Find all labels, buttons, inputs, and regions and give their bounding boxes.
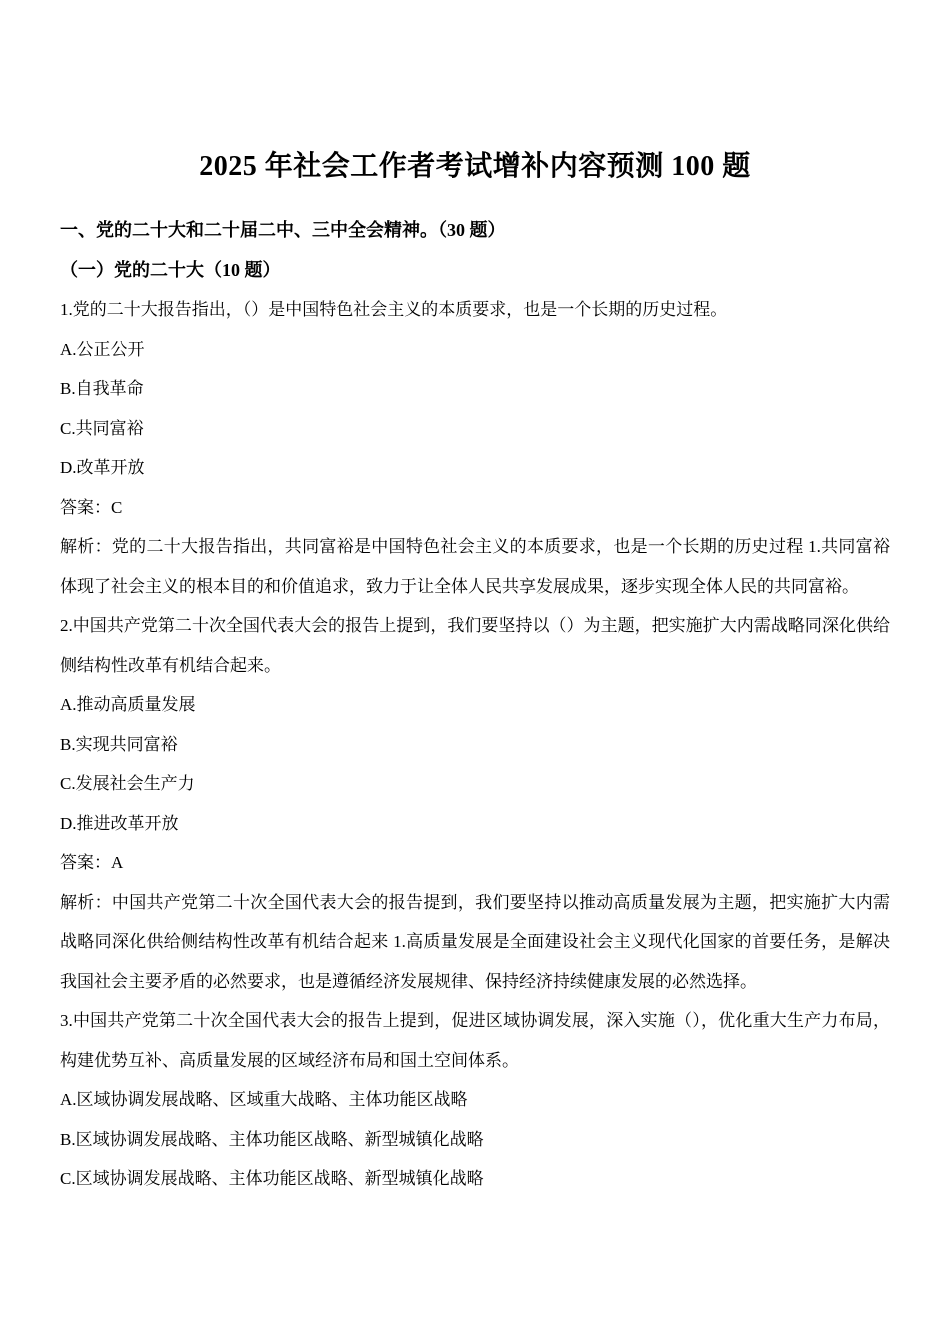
question-option-b: B.实现共同富裕 [60, 725, 890, 765]
question-option-a: A.推动高质量发展 [60, 685, 890, 725]
question-block: 3.中国共产党第二十次全国代表大会的报告上提到，促进区域协调发展，深入实施（），… [60, 1001, 890, 1199]
question-option-a: A.区域协调发展战略、区域重大战略、主体功能区战略 [60, 1080, 890, 1120]
subsection-heading: （一）党的二十大（10 题） [60, 250, 890, 290]
question-block: 1.党的二十大报告指出，（）是中国特色社会主义的本质要求，也是一个长期的历史过程… [60, 290, 890, 606]
analysis-paragraph: 解析：党的二十大报告指出，共同富裕是中国特色社会主义的本质要求，也是一个长期的历… [60, 527, 890, 606]
question-stem: 1.党的二十大报告指出，（）是中国特色社会主义的本质要求，也是一个长期的历史过程… [60, 290, 890, 330]
question-stem: 3.中国共产党第二十次全国代表大会的报告上提到，促进区域协调发展，深入实施（），… [60, 1001, 890, 1080]
document-page: 2025 年社会工作者考试增补内容预测 100 题 一、党的二十大和二十届二中、… [0, 0, 950, 1344]
question-option-c: C.共同富裕 [60, 409, 890, 449]
question-list: 1.党的二十大报告指出，（）是中国特色社会主义的本质要求，也是一个长期的历史过程… [60, 290, 890, 1199]
section-heading: 一、党的二十大和二十届二中、三中全会精神。（30 题） [60, 210, 890, 250]
question-block: 2.中国共产党第二十次全国代表大会的报告上提到，我们要坚持以（）为主题，把实施扩… [60, 606, 890, 1001]
question-option-b: B.区域协调发展战略、主体功能区战略、新型城镇化战略 [60, 1120, 890, 1160]
question-option-b: B.自我革命 [60, 369, 890, 409]
question-option-d: D.改革开放 [60, 448, 890, 488]
question-stem: 2.中国共产党第二十次全国代表大会的报告上提到，我们要坚持以（）为主题，把实施扩… [60, 606, 890, 685]
analysis-paragraph: 解析：中国共产党第二十次全国代表大会的报告提到，我们要坚持以推动高质量发展为主题… [60, 883, 890, 1002]
answer-line: 答案：C [60, 488, 890, 528]
question-option-c: C.区域协调发展战略、主体功能区战略、新型城镇化战略 [60, 1159, 890, 1199]
question-option-a: A.公正公开 [60, 330, 890, 370]
document-title: 2025 年社会工作者考试增补内容预测 100 题 [60, 146, 890, 188]
answer-line: 答案：A [60, 843, 890, 883]
question-option-c: C.发展社会生产力 [60, 764, 890, 804]
question-option-d: D.推进改革开放 [60, 804, 890, 844]
